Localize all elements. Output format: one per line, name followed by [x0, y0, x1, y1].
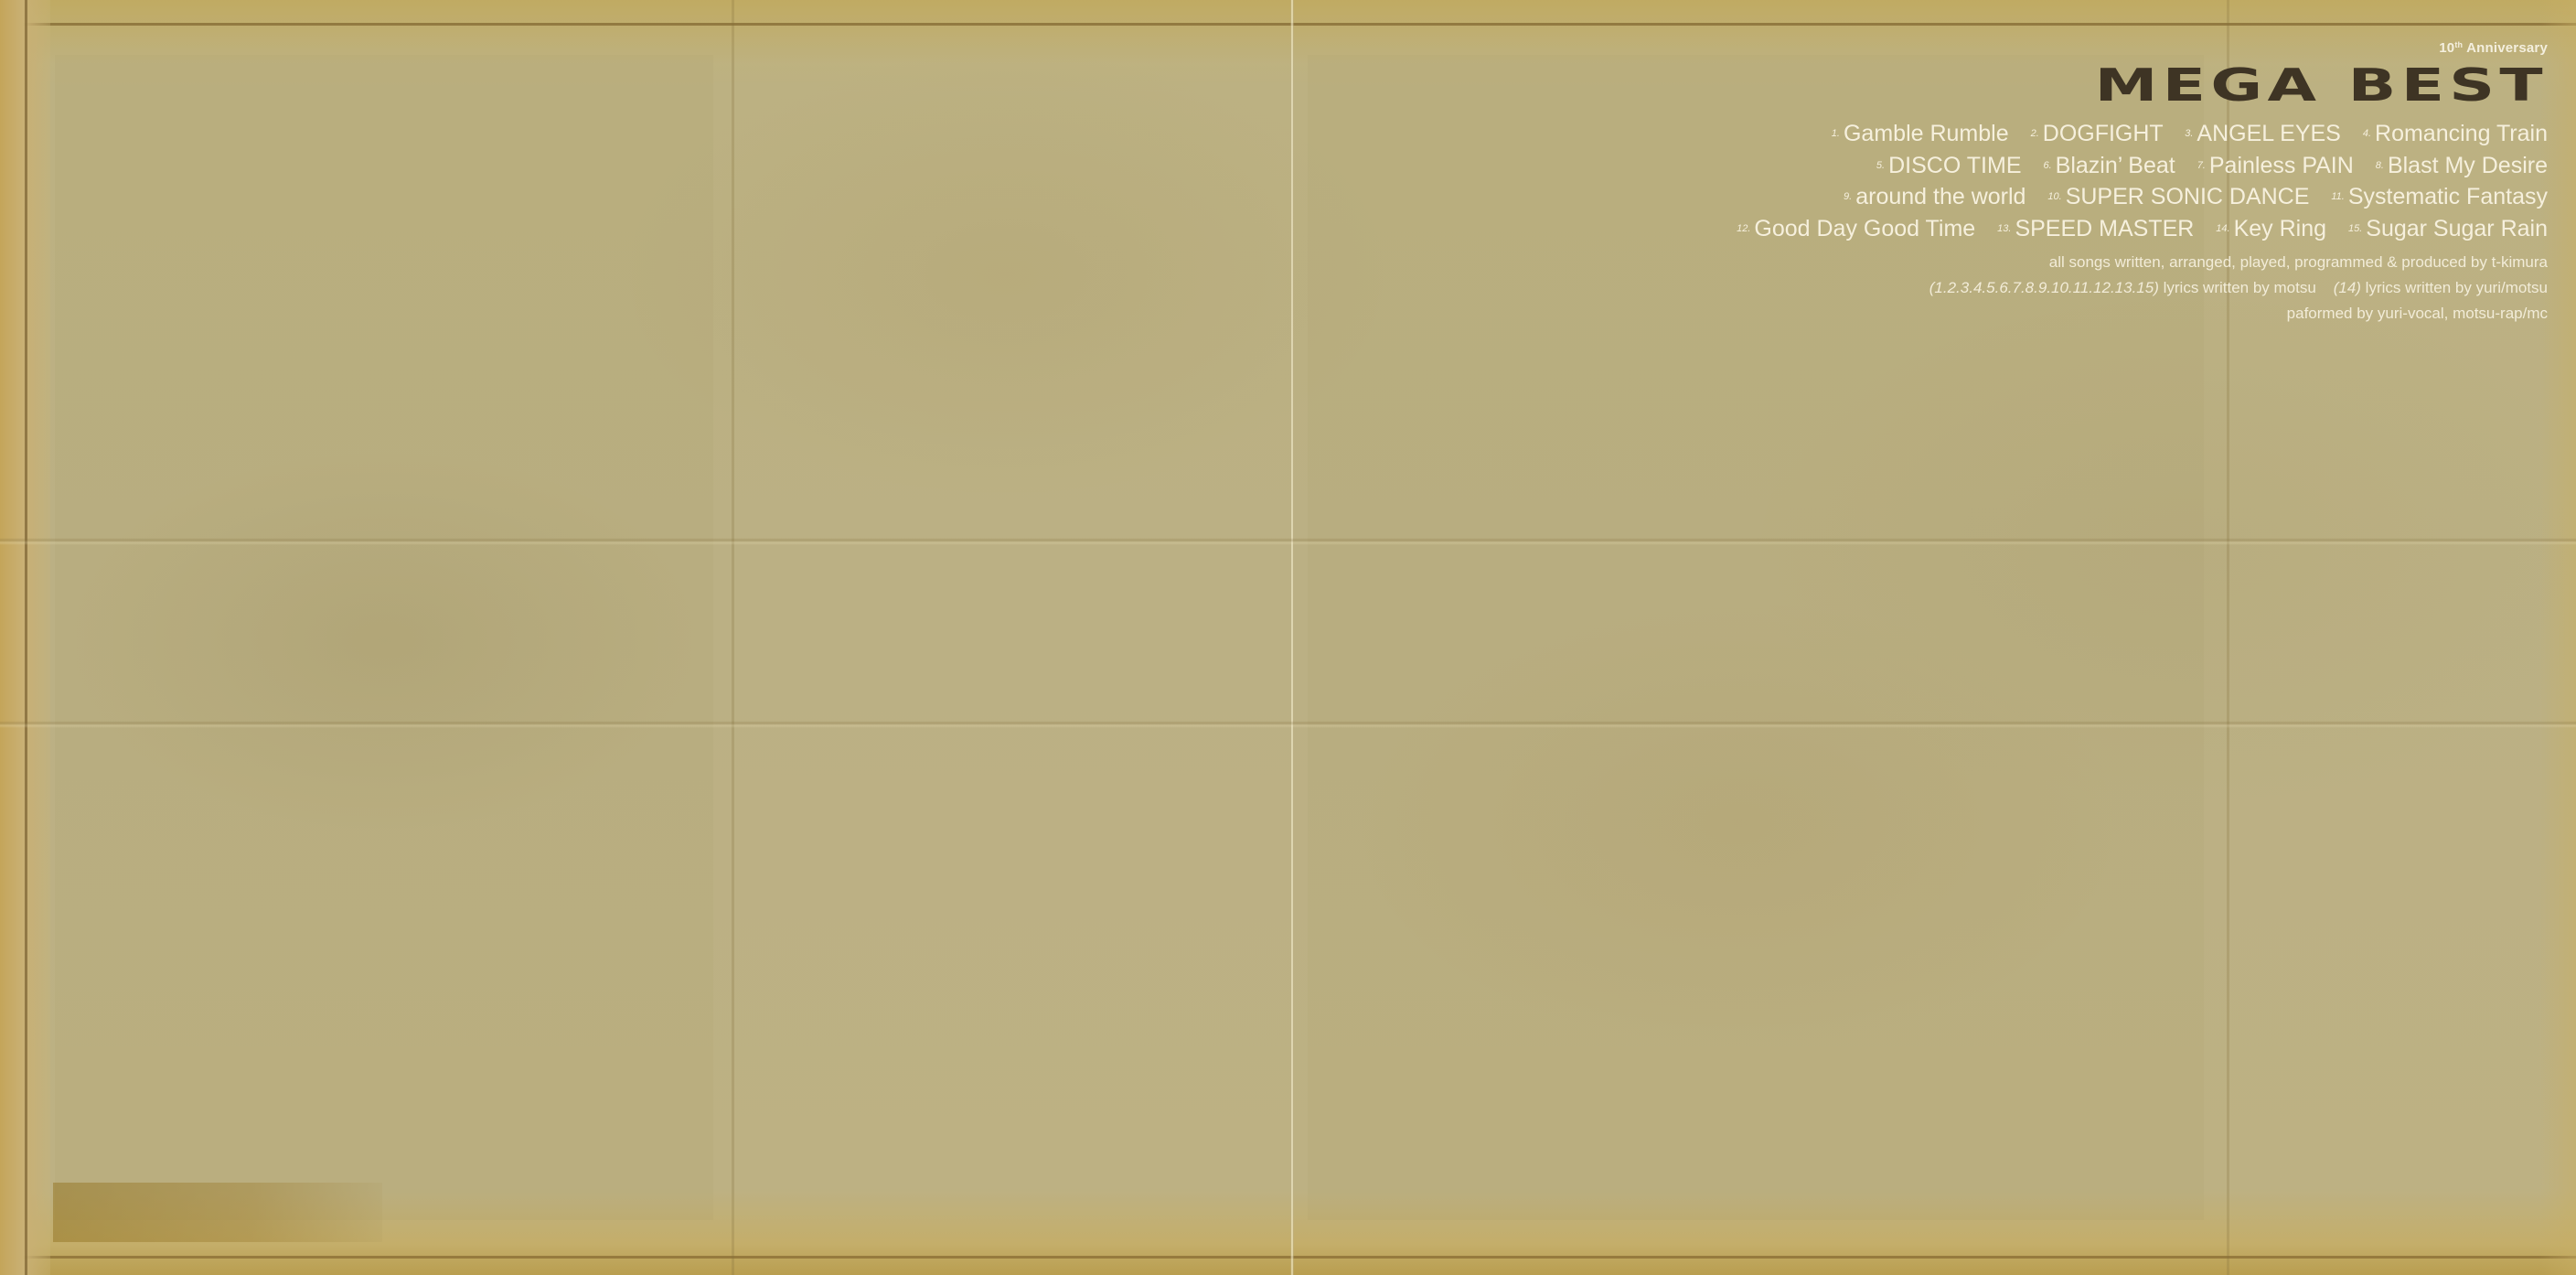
track-title: SPEED MASTER	[2015, 216, 2194, 241]
track-title: SUPER SONIC DANCE	[2066, 184, 2310, 209]
lyrics-track-numbers: (14)	[2334, 279, 2361, 296]
track-title: Key Ring	[2234, 216, 2326, 241]
track-number: 2.	[2031, 128, 2039, 139]
track-number: 4.	[2363, 128, 2371, 139]
track-number: 1.	[1832, 128, 1840, 139]
album-credits-block: 10th Anniversary MEGA BEST 1.Gamble Rumb…	[1721, 37, 2548, 327]
track-number: 13.	[1997, 223, 2011, 234]
track-number: 14.	[2216, 223, 2229, 234]
track-item: 7.Painless PAIN	[2197, 153, 2354, 178]
anniversary-ordinal: th	[2454, 40, 2463, 49]
track-number: 6.	[2043, 160, 2051, 171]
track-item: 2.DOGFIGHT	[2031, 121, 2164, 146]
track-title: Gamble Rumble	[1844, 121, 2009, 146]
lyrics-credit-text: lyrics written by motsu	[2159, 279, 2316, 296]
track-number: 15.	[2348, 223, 2362, 234]
track-title: Good Day Good Time	[1754, 216, 1975, 241]
fold-line-horizontal	[0, 538, 2576, 545]
track-title: around the world	[1855, 184, 2026, 209]
track-number: 10.	[2047, 191, 2061, 202]
track-number: 12.	[1737, 223, 1750, 234]
track-item: 1.Gamble Rumble	[1832, 121, 2009, 146]
track-title: Romancing Train	[2375, 121, 2548, 146]
tracklist-row: 9.around the world 10.SUPER SONIC DANCE …	[1721, 181, 2548, 213]
tracklist: 1.Gamble Rumble 2.DOGFIGHT 3.ANGEL EYES …	[1721, 118, 2548, 244]
track-title: Painless PAIN	[2209, 153, 2354, 178]
left-crease-line	[25, 0, 27, 1275]
bottom-crease-line	[0, 1256, 2576, 1259]
track-number: 7.	[2197, 160, 2206, 171]
album-title: MEGA BEST	[1448, 62, 2548, 109]
track-item: 15.Sugar Sugar Rain	[2348, 216, 2548, 241]
track-number: 3.	[2185, 128, 2193, 139]
center-fold-line	[1290, 0, 1294, 1275]
track-number: 11.	[2331, 191, 2344, 202]
track-item: 11.Systematic Fantasy	[2331, 184, 2548, 209]
track-item: 9.around the world	[1844, 184, 2026, 209]
credits-producer-line: all songs written, arranged, played, pro…	[1721, 250, 2548, 275]
anniversary-label: 10th Anniversary	[1721, 37, 2548, 57]
anniversary-text: Anniversary	[2463, 40, 2548, 56]
anniversary-number: 10	[2439, 40, 2454, 56]
lyrics-track-numbers: (1.2.3.4.5.6.7.8.9.10.11.12.13.15)	[1929, 279, 2159, 296]
track-item: 14.Key Ring	[2216, 216, 2326, 241]
track-item: 8.Blast My Desire	[2376, 153, 2548, 178]
track-item: 5.DISCO TIME	[1876, 153, 2022, 178]
track-title: DISCO TIME	[1888, 153, 2021, 178]
track-title: Sugar Sugar Rain	[2366, 216, 2548, 241]
credits-lyrics-line: (1.2.3.4.5.6.7.8.9.10.11.12.13.15) lyric…	[1721, 275, 2548, 301]
track-number: 5.	[1876, 160, 1885, 171]
track-title: DOGFIGHT	[2043, 121, 2163, 146]
panel-shade-left	[55, 55, 713, 1220]
lyrics-credit-text: lyrics written by yuri/motsu	[2361, 279, 2548, 296]
track-title: Blast My Desire	[2388, 153, 2548, 178]
track-title: ANGEL EYES	[2197, 121, 2340, 146]
tracklist-row: 5.DISCO TIME 6.Blazin’ Beat 7.Painless P…	[1721, 150, 2548, 182]
tracklist-row: 1.Gamble Rumble 2.DOGFIGHT 3.ANGEL EYES …	[1721, 118, 2548, 150]
track-title: Systematic Fantasy	[2348, 184, 2548, 209]
track-title: Blazin’ Beat	[2056, 153, 2175, 178]
track-item: 10.SUPER SONIC DANCE	[2047, 184, 2309, 209]
track-item: 13.SPEED MASTER	[1997, 216, 2194, 241]
top-crease-line	[0, 23, 2576, 26]
track-item: 6.Blazin’ Beat	[2043, 153, 2175, 178]
track-item: 3.ANGEL EYES	[2185, 121, 2341, 146]
track-number: 9.	[1844, 191, 1852, 202]
bottom-left-stain	[53, 1183, 382, 1242]
credits-performer-line: paformed by yuri-vocal, motsu-rap/mc	[1721, 301, 2548, 327]
track-item: 4.Romancing Train	[2363, 121, 2548, 146]
tracklist-row: 12.Good Day Good Time 13.SPEED MASTER 14…	[1721, 213, 2548, 245]
track-number: 8.	[2376, 160, 2384, 171]
fold-line-vertical	[732, 0, 734, 1275]
fold-line-horizontal	[0, 721, 2576, 728]
track-item: 12.Good Day Good Time	[1737, 216, 1975, 241]
